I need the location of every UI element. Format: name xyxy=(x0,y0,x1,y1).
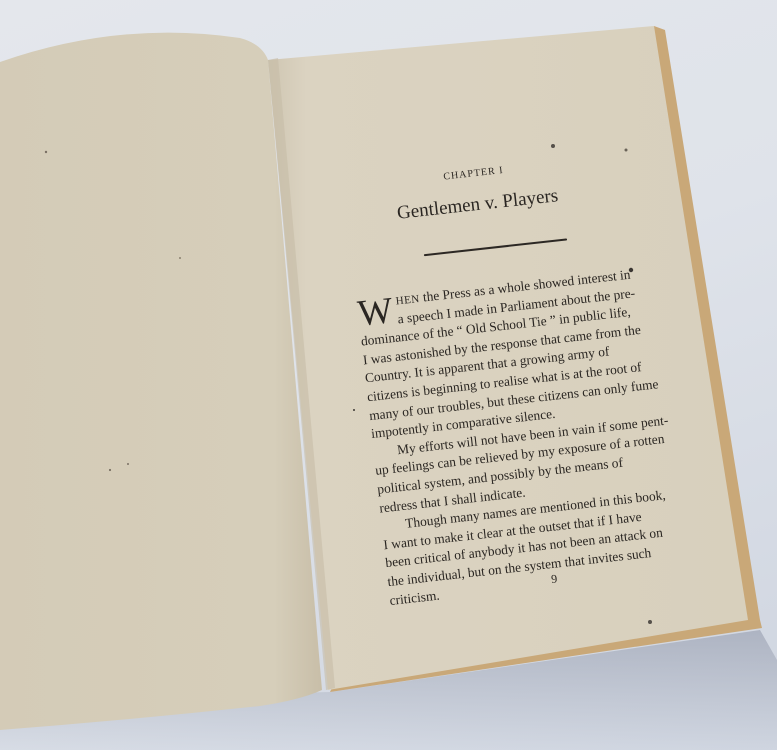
chapter-label: CHAPTER I xyxy=(443,165,504,183)
page-text: CHAPTER I Gentlemen v. Players W HEN the… xyxy=(330,130,736,607)
title-rule xyxy=(424,238,567,256)
drop-cap: W xyxy=(356,296,394,330)
chapter-title: Gentlemen v. Players xyxy=(396,185,559,225)
body-text: W HEN the Press as a whole showed intere… xyxy=(356,260,719,610)
